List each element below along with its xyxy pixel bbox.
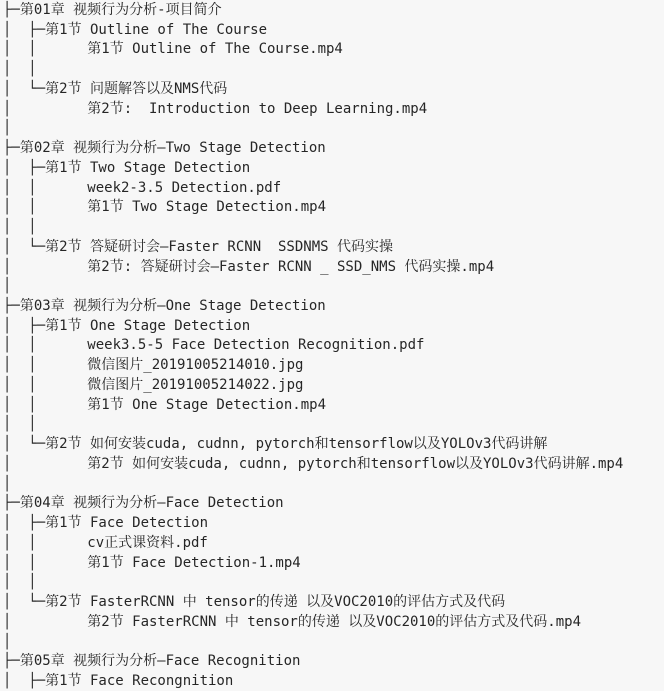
- tree-line: │: [3, 119, 664, 139]
- tree-line: │ │ 第1节 Face Detection-1.mp4: [3, 554, 664, 574]
- tree-line: │ │: [3, 60, 664, 80]
- course-tree-listing: ├─第01章 视频行为分析-项目简介│ ├─第1节 Outline of The…: [0, 0, 664, 691]
- tree-line: │ │ cv正式课资料.pdf: [3, 534, 664, 554]
- tree-line: ├─第05章 视频行为分析—Face Recognition: [3, 652, 664, 672]
- tree-line: │ 第2节 FasterRCNN 中 tensor的传递 以及VOC2010的评…: [3, 613, 664, 633]
- tree-line: │ │ 第1节 Two Stage Detection.mp4: [3, 198, 664, 218]
- tree-line: │ │: [3, 218, 664, 238]
- tree-line: │ 第2节 如何安装cuda, cudnn, pytorch和tensorflo…: [3, 455, 664, 475]
- tree-line: ├─第02章 视频行为分析—Two Stage Detection: [3, 139, 664, 159]
- tree-line: │ │ 第1节 One Stage Detection.mp4: [3, 396, 664, 416]
- tree-line: │: [3, 277, 664, 297]
- tree-line: │ ├─第1节 Face Detection: [3, 514, 664, 534]
- tree-line: │ │ 微信图片_20191005214010.jpg: [3, 356, 664, 376]
- tree-line: │ └─第2节 FasterRCNN 中 tensor的传递 以及VOC2010…: [3, 593, 664, 613]
- tree-line: │ │: [3, 415, 664, 435]
- tree-line: │ │ week3.5-5 Face Detection Recognition…: [3, 336, 664, 356]
- tree-line: │: [3, 475, 664, 495]
- tree-line: │ │ 微信图片_20191005214022.jpg: [3, 376, 664, 396]
- tree-line: │ │: [3, 573, 664, 593]
- tree-line: ├─第01章 视频行为分析-项目简介: [3, 1, 664, 21]
- tree-line: │ ├─第1节 Outline of The Course: [3, 21, 664, 41]
- tree-line: │ ├─第1节 Two Stage Detection: [3, 159, 664, 179]
- tree-line: │ │ week2-3.5 Detection.pdf: [3, 179, 664, 199]
- tree-line: ├─第03章 视频行为分析—One Stage Detection: [3, 297, 664, 317]
- tree-line: │ │ 第1节 Outline of The Course.mp4: [3, 40, 664, 60]
- tree-line: │ ├─第1节 Face Recongnition: [3, 672, 664, 691]
- tree-line: │ 第2节: Introduction to Deep Learning.mp4: [3, 100, 664, 120]
- tree-line: ├─第04章 视频行为分析—Face Detection: [3, 494, 664, 514]
- tree-line: │: [3, 633, 664, 653]
- tree-line: │ └─第2节 如何安装cuda, cudnn, pytorch和tensorf…: [3, 435, 664, 455]
- tree-line: │ 第2节: 答疑研讨会—Faster RCNN _ SSD_NMS 代码实操.…: [3, 258, 664, 278]
- tree-line: │ └─第2节 问题解答以及NMS代码: [3, 80, 664, 100]
- tree-line: │ ├─第1节 One Stage Detection: [3, 317, 664, 337]
- tree-line: │ └─第2节 答疑研讨会—Faster RCNN SSDNMS 代码实操: [3, 238, 664, 258]
